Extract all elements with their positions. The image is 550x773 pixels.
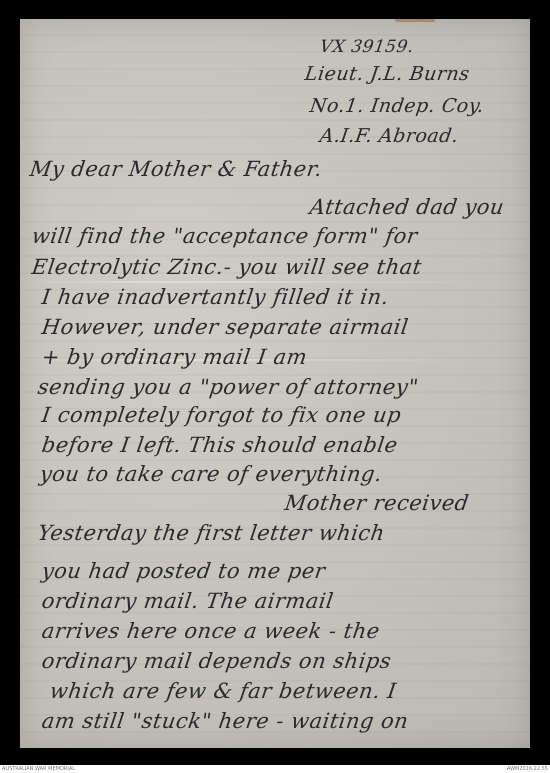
letter-line: I have inadvertantly filled it in. bbox=[40, 285, 390, 309]
letter-line: Yesterday the first letter which bbox=[36, 521, 386, 545]
paper-fold bbox=[20, 281, 530, 283]
letter-line: Attached dad you bbox=[308, 195, 506, 219]
letter-page: VX 39159. Lieut. J.L. Burns No.1. Indep.… bbox=[20, 19, 530, 748]
letter-line: before I left. This should enable bbox=[40, 433, 399, 457]
paper-stain bbox=[395, 19, 435, 22]
archive-footer: AUSTRALIAN WAR MEMORIAL AWM2016.22.55 bbox=[0, 765, 550, 773]
letter-line: arrives here once a week - the bbox=[40, 619, 381, 643]
letter-line: which are few & far between. I bbox=[48, 679, 398, 703]
letter-line: ordinary mail. The airmail bbox=[40, 589, 335, 613]
sender-unit: No.1. Indep. Coy. bbox=[308, 95, 485, 117]
sender-location: A.I.F. Abroad. bbox=[318, 125, 460, 147]
letter-line: will find the "acceptance form" for bbox=[30, 224, 419, 248]
letter-line: you to take care of everything. bbox=[38, 462, 384, 486]
footer-catalogue-id: AWM2016.22.55 bbox=[507, 765, 548, 773]
letter-line: ordinary mail depends on ships bbox=[40, 649, 393, 673]
footer-institution: AUSTRALIAN WAR MEMORIAL bbox=[2, 765, 75, 773]
letter-line: + by ordinary mail I am bbox=[40, 345, 309, 369]
letter-line: Mother received bbox=[283, 491, 470, 515]
service-number: VX 39159. bbox=[319, 37, 416, 57]
letter-line: I completely forgot to fix one up bbox=[40, 403, 403, 427]
letter-line: you had posted to me per bbox=[40, 559, 327, 583]
letter-line: am still "stuck" here - waiting on bbox=[40, 709, 410, 733]
salutation: My dear Mother & Father. bbox=[28, 157, 324, 181]
sender-name: Lieut. J.L. Burns bbox=[303, 63, 471, 85]
letter-line: Electrolytic Zinc.- you will see that bbox=[30, 255, 423, 279]
letter-line: However, under separate airmail bbox=[40, 315, 410, 339]
letter-line: sending you a "power of attorney" bbox=[36, 375, 420, 399]
